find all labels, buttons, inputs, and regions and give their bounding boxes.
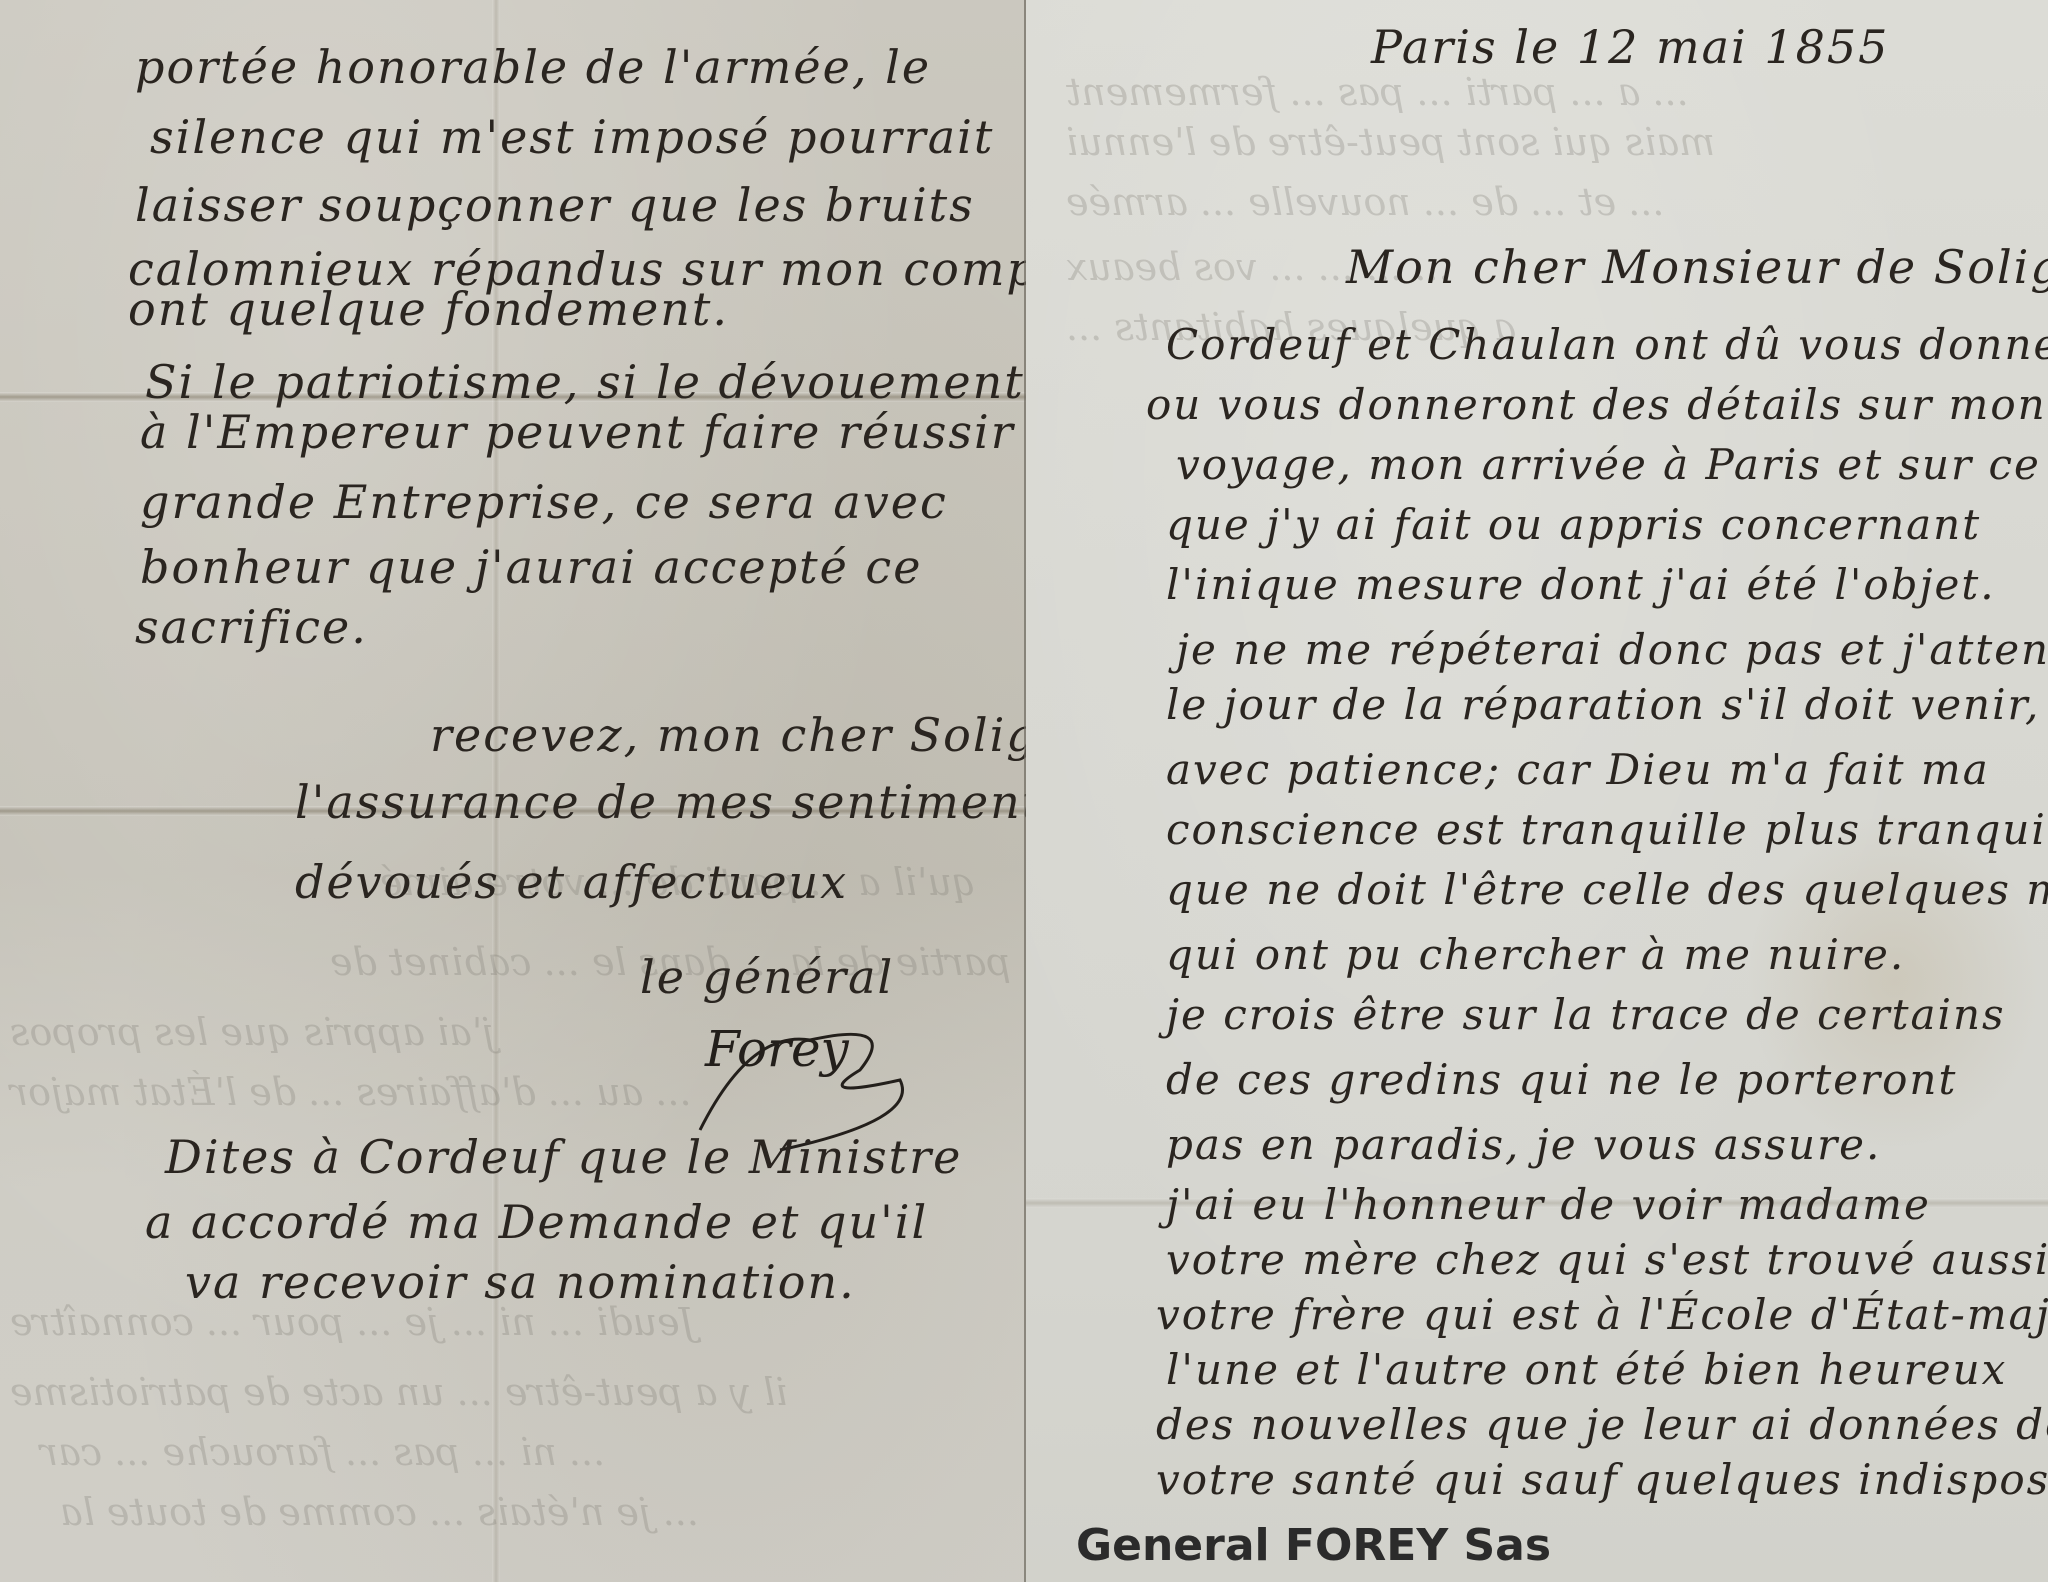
salutation: Mon cher Monsieur de Solignac [1346, 240, 2048, 294]
letter-line: votre mère chez qui s'est trouvé aussi [1166, 1235, 2048, 1284]
letter-line: votre santé qui sauf quelques indisposit… [1156, 1455, 2048, 1504]
bleed-through-text: ... au ... d'affaires ... de l'État majo… [10, 1070, 692, 1114]
letter-line: que ne doit l'être celle des quelques mi… [1166, 865, 2048, 914]
letter-line: Cordeuf et Chaulan ont dû vous donner [1166, 320, 2048, 369]
letter-line: l'assurance de mes sentiments bien [295, 775, 1026, 829]
letter-line: avec patience; car Dieu m'a fait ma [1166, 745, 1990, 794]
letter-left-page: qu'il a ... parti de ... votre aimé part… [0, 0, 1026, 1582]
letter-line: l'une et l'autre ont été bien heureux [1166, 1345, 2007, 1394]
letter-line: votre frère qui est à l'École d'État-maj… [1156, 1290, 2048, 1339]
letter-line: Si le patriotisme, si le dévouement [145, 355, 1025, 409]
bleed-through-text: ... a ... parti ... pas ... fermement [1066, 70, 1689, 114]
letter-line: de ces gredins qui ne le porteront [1166, 1055, 1957, 1104]
bleed-through-text: ... et ... de ... nouvelle ... armée [1066, 180, 1664, 224]
letter-line: sacrifice. [135, 600, 368, 654]
postscript-line: a accordé ma Demande et qu'il [145, 1195, 928, 1249]
letter-line: pas en paradis, je vous assure. [1166, 1120, 1881, 1169]
letter-line: laisser soupçonner que les bruits [135, 178, 975, 232]
letter-line: qui ont pu chercher à me nuire. [1166, 930, 1905, 979]
letter-line: conscience est tranquille plus tranquill… [1166, 805, 2048, 854]
letter-line: recevez, mon cher Solignac [430, 708, 1026, 762]
letter-line: le jour de la réparation s'il doit venir… [1166, 680, 2040, 729]
letter-line: à l'Empereur peuvent faire réussir notre [140, 405, 1026, 459]
letter-line: ont quelque fondement. [128, 282, 729, 336]
letter-line: des nouvelles que je leur ai données de [1156, 1400, 2048, 1449]
pencil-annotation: General FOREY Sas [1076, 1520, 1551, 1571]
dateline: Paris le 12 mai 1855 [1371, 20, 1889, 74]
letter-line: dévoués et affectueux [295, 855, 848, 909]
bleed-through-text: ... ni ... pas ... farouche ... car [40, 1430, 605, 1474]
letter-line: je ne me répéterai donc pas et j'attends [1176, 625, 2048, 674]
postscript-line: va recevoir sa nomination. [185, 1255, 856, 1309]
letter-line: portée honorable de l'armée, le [135, 40, 931, 94]
closing-title: le général [640, 950, 894, 1004]
letter-line: que j'y ai fait ou appris concernant [1166, 500, 1981, 549]
letter-line: j'ai eu l'honneur de voir madame [1166, 1180, 1931, 1229]
bleed-through-text: il y a peut-être ... un acte de patrioti… [10, 1370, 787, 1414]
letter-line: grande Entreprise, ce sera avec [140, 475, 948, 529]
bleed-through-text: j'ai appris que les propos [10, 1010, 494, 1054]
letter-line: silence qui m'est imposé pourrait [150, 110, 994, 164]
letter-line: ou vous donneront des détails sur mon [1146, 380, 2047, 429]
letter-line: bonheur que j'aurai accepté ce [140, 540, 922, 594]
bleed-through-text: ... je n'étais ... comme de toute la [60, 1490, 699, 1534]
letter-line: voyage, mon arrivée à Paris et sur ce [1176, 440, 2041, 489]
letter-line: je crois être sur la trace de certains [1166, 990, 2006, 1039]
bleed-through-text: mais qui sont peut-être de l'ennui [1066, 120, 1715, 164]
postscript-line: Dites à Cordeuf que le Ministre [165, 1130, 962, 1184]
letter-line: l'inique mesure dont j'ai été l'objet. [1166, 560, 1996, 609]
letter-right-page: ... a ... parti ... pas ... fermement ma… [1026, 0, 2048, 1582]
